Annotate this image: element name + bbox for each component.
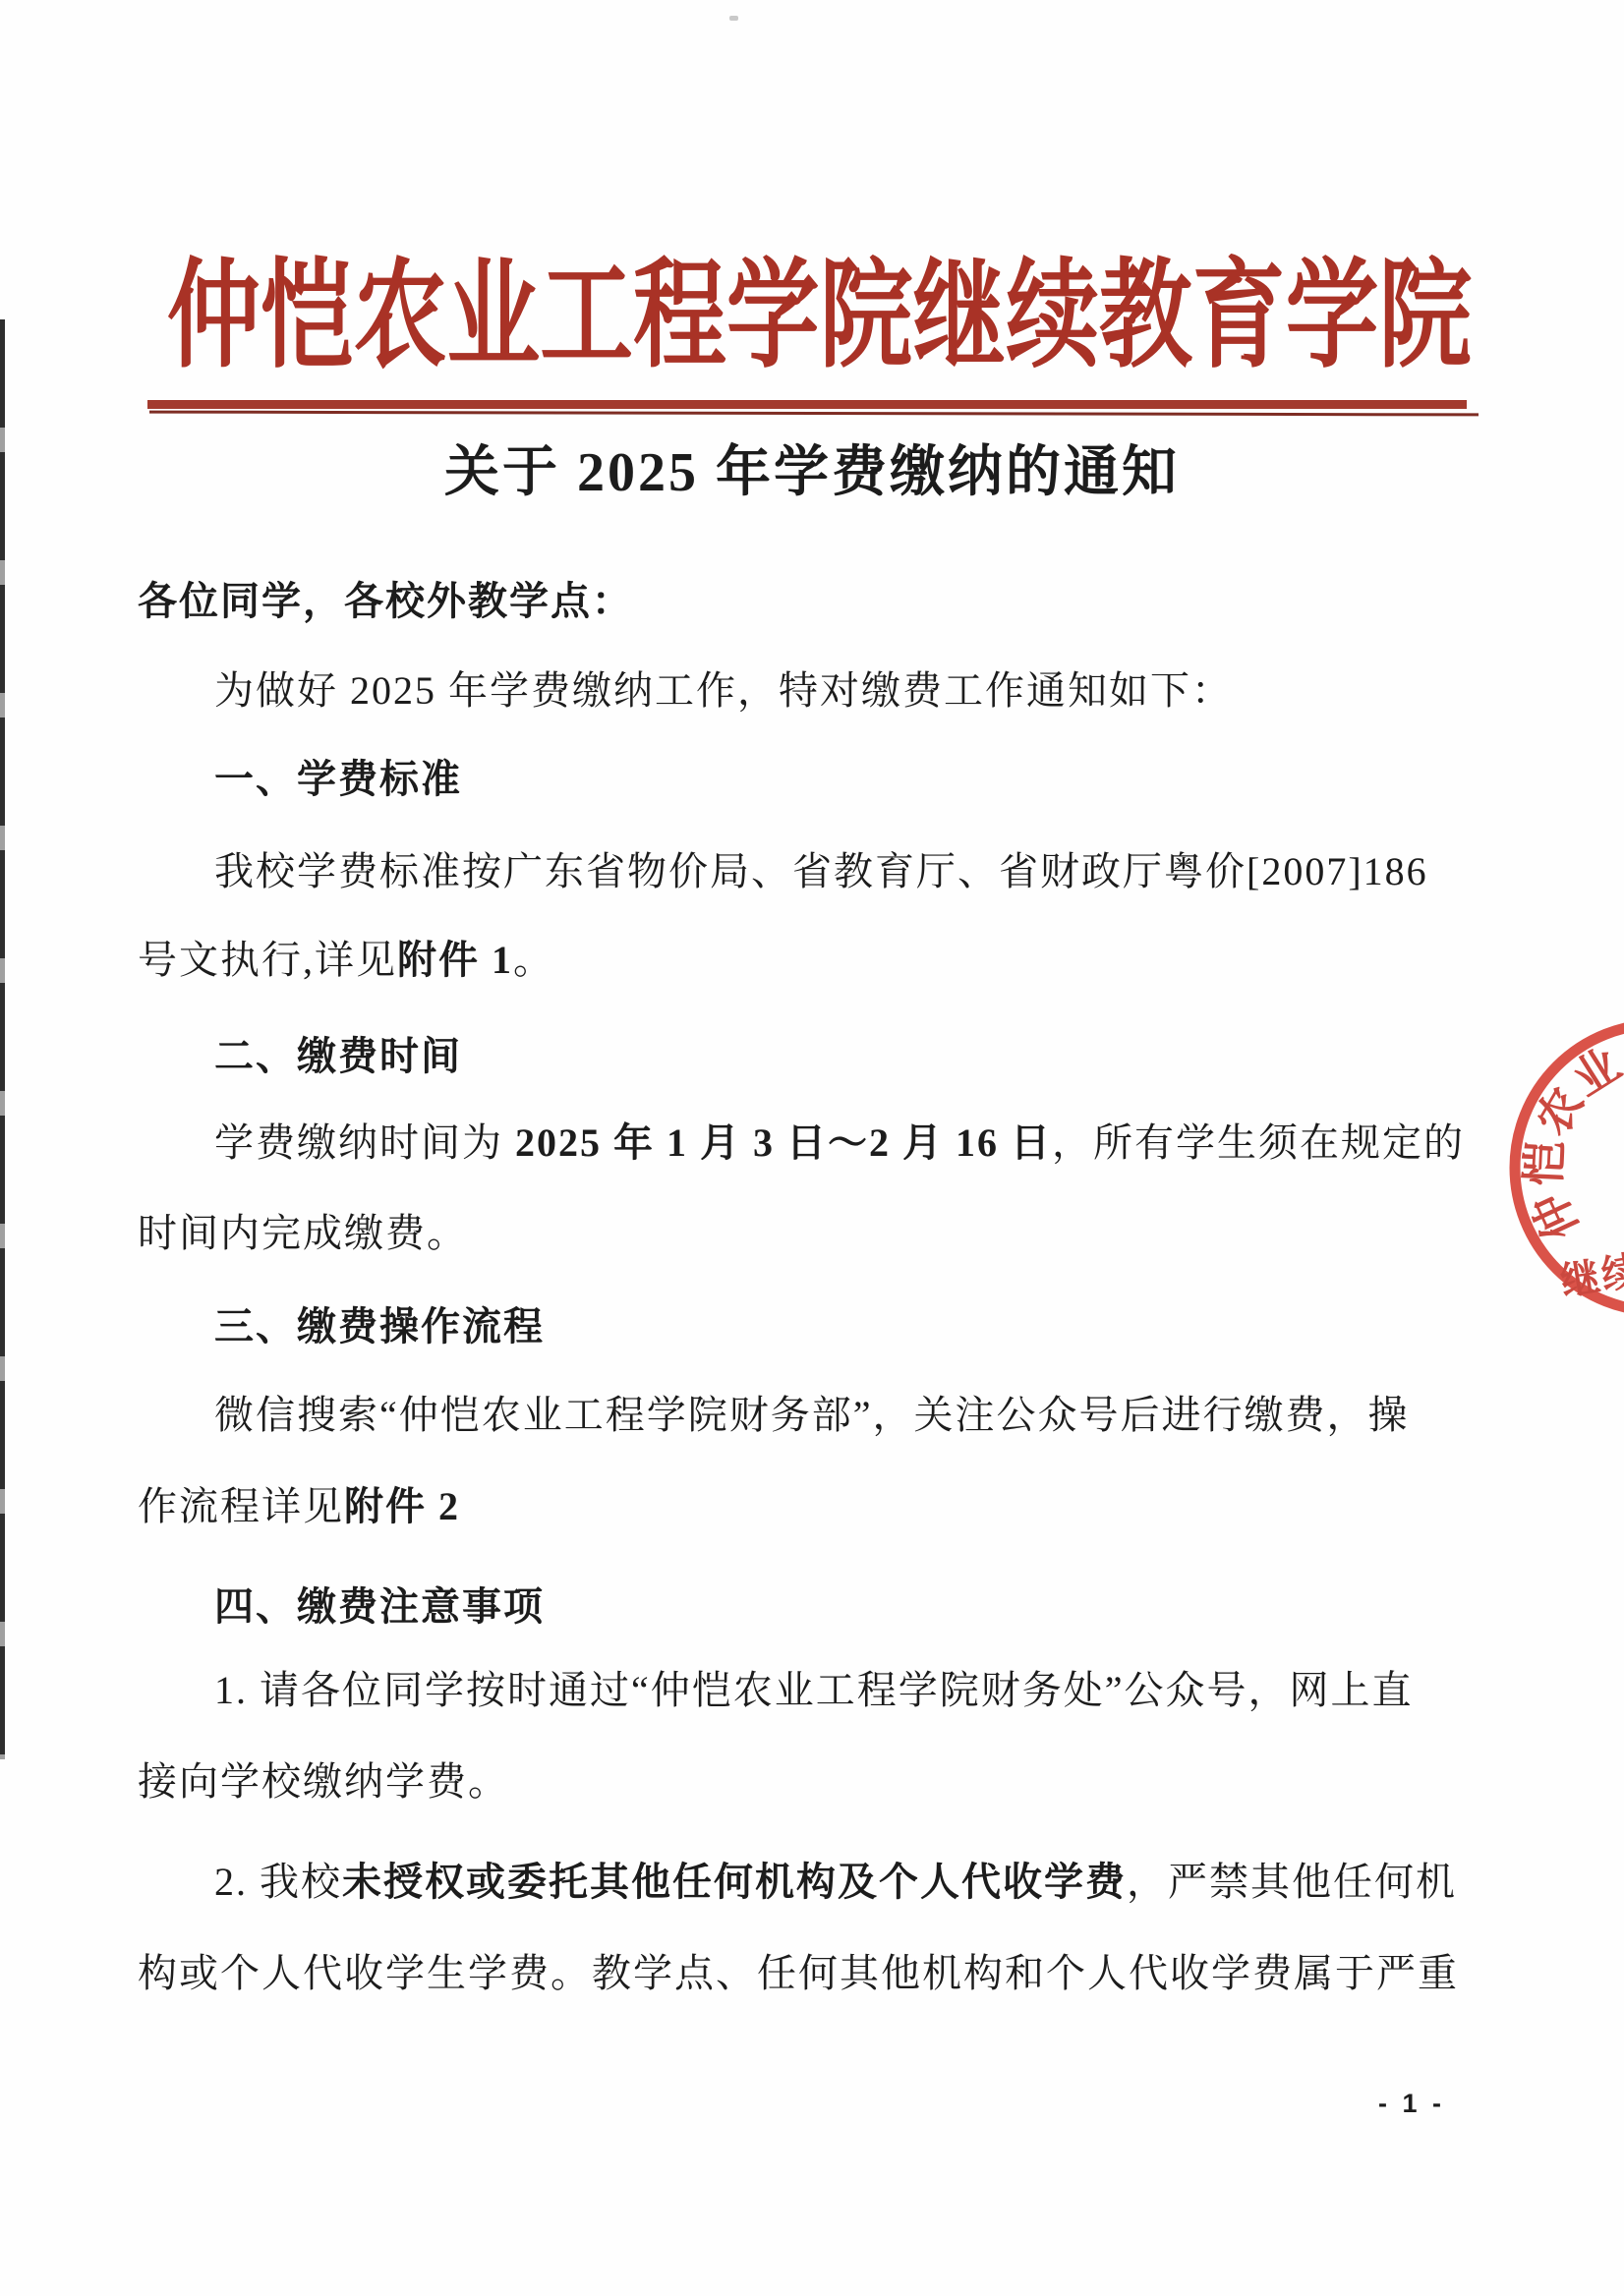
section2-heading: 二、缴费时间 xyxy=(214,1033,462,1080)
section2-line1-pre: 学费缴纳时间为 xyxy=(214,1120,515,1165)
attachment1-ref: 附件 1 xyxy=(397,938,513,982)
section4-item2-line1: 2. 我校未授权或委托其他任何机构及个人代收学费，严禁其他任何机 xyxy=(214,1859,1457,1906)
page-title: 关于 2025 年学费缴纳的通知 xyxy=(0,440,1624,506)
section3-heading: 三、缴费操作流程 xyxy=(214,1303,545,1350)
scan-speck-artifact xyxy=(729,16,738,21)
payment-date-range: 2025 年 1 月 3 日～2 月 16 日 xyxy=(515,1120,1052,1165)
stamp-arc-text: 仲恺农业工程学院 xyxy=(1519,1027,1624,1247)
salutation-line: 各位同学，各校外教学点： xyxy=(138,578,633,625)
section2-line1-post: ，所有学生须在规定的 xyxy=(1052,1120,1465,1165)
section4-item2-line1-post: ，严禁其他任何机 xyxy=(1127,1860,1457,1904)
letterhead-title: 仲恺农业工程学院继续教育学院 xyxy=(167,246,1472,387)
letterhead-rule-thin xyxy=(149,411,1479,417)
section4-heading: 四、缴费注意事项 xyxy=(214,1583,545,1631)
section1-line1: 我校学费标准按广东省物价局、省教育厅、省财政厅粤价[2007]186 xyxy=(214,848,1428,895)
no-authorization-statement: 未授权或委托其他任何机构及个人代收学费 xyxy=(342,1860,1127,1904)
section2-line2: 时间内完成缴费。 xyxy=(138,1210,468,1257)
intro-line: 为做好 2025 年学费缴纳工作，特对缴费工作通知如下： xyxy=(214,667,1233,715)
section1-line2-pre: 号文执行,详见 xyxy=(138,938,397,982)
notice-document-page: 仲恺农业工程学院继续教育学院 关于 2025 年学费缴纳的通知 各位同学，各校外… xyxy=(0,0,1624,2296)
scan-edge-artifact xyxy=(0,319,5,1759)
section3-line1: 微信搜索“仲恺农业工程学院财务部”，关注公众号后进行缴费，操 xyxy=(214,1392,1410,1439)
section3-line2-pre: 作流程详见 xyxy=(138,1484,344,1528)
section1-line2-post: 。 xyxy=(513,938,554,982)
letterhead-rule-thick xyxy=(147,400,1467,409)
section4-item2-line2: 构或个人代收学生学费。教学点、任何其他机构和个人代收学费属于严重 xyxy=(138,1950,1459,1997)
section2-line1: 学费缴纳时间为 2025 年 1 月 3 日～2 月 16 日，所有学生须在规定… xyxy=(214,1119,1465,1167)
attachment2-ref: 附件 2 xyxy=(344,1484,460,1528)
section1-heading: 一、学费标准 xyxy=(214,756,462,803)
official-stamp: 仲恺农业工程学院 继续教育学院 xyxy=(1455,944,1624,1337)
section3-line2: 作流程详见附件 2 xyxy=(138,1483,460,1530)
section4-item1-line1: 1. 请各位同学按时通过“仲恺农业工程学院财务处”公众号，网上直 xyxy=(214,1667,1414,1714)
section1-line2: 号文执行,详见附件 1。 xyxy=(138,937,554,984)
section4-item2-line1-pre: 2. 我校 xyxy=(214,1860,342,1904)
section4-item1-line2: 接向学校缴纳学费。 xyxy=(138,1758,509,1806)
page-number: - 1 - xyxy=(1378,2088,1445,2119)
